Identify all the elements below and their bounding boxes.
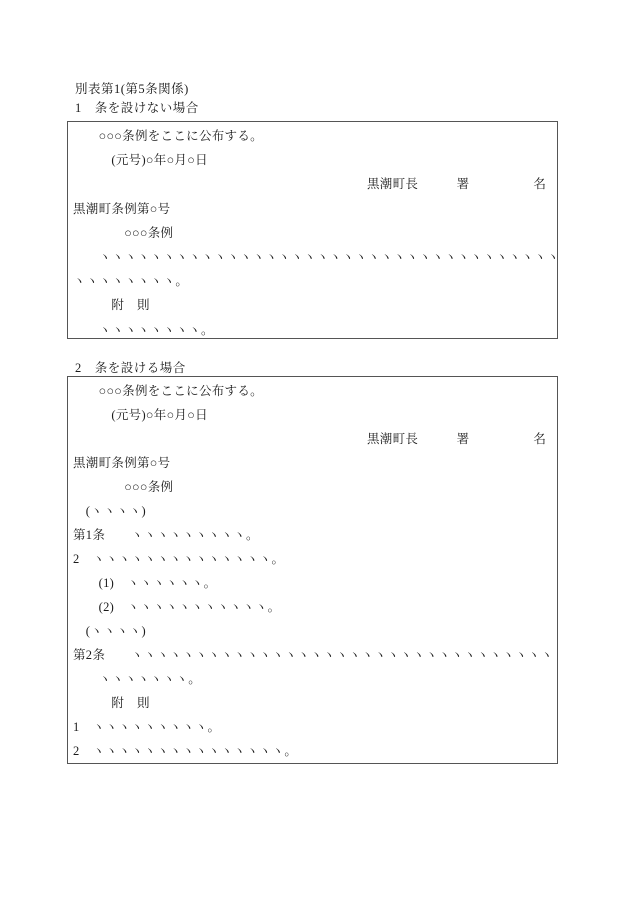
item-1-line: (1) ヽヽヽヽヽヽ。 — [73, 571, 555, 595]
document-page: 別表第1(第5条関係) 1 条を設けない場合 ○○○条例をここに公布する。 (元… — [0, 0, 630, 915]
article-2-line: 第2条 ヽヽヽヽヽヽヽヽヽヽヽヽヽヽヽヽヽヽヽヽヽヽヽヽヽヽヽヽヽヽヽヽヽヽ — [73, 643, 555, 667]
supplementary-paragraph-1-line: 1 ヽヽヽヽヽヽヽヽヽ。 — [73, 715, 555, 739]
item-2-line: (2) ヽヽヽヽヽヽヽヽヽヽヽ。 — [73, 595, 555, 619]
promulgation-line: ○○○条例をここに公布する。 — [73, 379, 555, 403]
ordinance-form-box-no-articles: ○○○条例をここに公布する。 (元号)○年○月○日 黒潮町長 署 名 黒潮町条例… — [67, 121, 558, 339]
article-caption-line: (ヽヽヽヽ) — [73, 619, 555, 643]
body-placeholder-line: ヽヽヽヽヽヽヽヽヽヽヽヽヽヽヽヽヽヽヽヽヽヽヽヽヽヽヽヽヽヽヽヽヽヽヽヽ — [73, 245, 555, 269]
mayor-signature-line: 黒潮町長 署 名 — [73, 172, 555, 196]
promulgation-line: ○○○条例をここに公布する。 — [73, 124, 555, 148]
supplementary-provisions-heading: 附 則 — [73, 691, 555, 715]
mayor-signature-line: 黒潮町長 署 名 — [73, 427, 555, 451]
supplementary-paragraph-2-line: 2 ヽヽヽヽヽヽヽヽヽヽヽヽヽヽヽ。 — [73, 739, 555, 763]
paragraph-2-line: 2 ヽヽヽヽヽヽヽヽヽヽヽヽヽヽ。 — [73, 547, 555, 571]
article-1-line: 第1条 ヽヽヽヽヽヽヽヽヽ。 — [73, 523, 555, 547]
article-caption-line: (ヽヽヽヽ) — [73, 499, 555, 523]
supplementary-provisions-heading: 附 則 — [73, 293, 555, 317]
section-2-heading: 2 条を設ける場合 — [75, 358, 186, 376]
section-1-heading: 1 条を設けない場合 — [75, 98, 199, 116]
body-placeholder-line: ヽヽヽヽヽヽヽヽ。 — [73, 269, 555, 293]
date-line: (元号)○年○月○日 — [73, 403, 555, 427]
article-2-continuation-line: ヽヽヽヽヽヽヽ。 — [73, 667, 555, 691]
ordinance-number-line: 黒潮町条例第○号 — [73, 451, 555, 475]
date-line: (元号)○年○月○日 — [73, 148, 555, 172]
ordinance-title-line: ○○○条例 — [73, 475, 555, 499]
ordinance-title-line: ○○○条例 — [73, 221, 555, 245]
ordinance-number-line: 黒潮町条例第○号 — [73, 197, 555, 221]
supplementary-placeholder-line: ヽヽヽヽヽヽヽヽ。 — [73, 318, 555, 340]
attached-table-title: 別表第1(第5条関係) — [75, 79, 189, 97]
ordinance-form-box-with-articles: ○○○条例をここに公布する。 (元号)○年○月○日 黒潮町長 署 名 黒潮町条例… — [67, 376, 558, 764]
